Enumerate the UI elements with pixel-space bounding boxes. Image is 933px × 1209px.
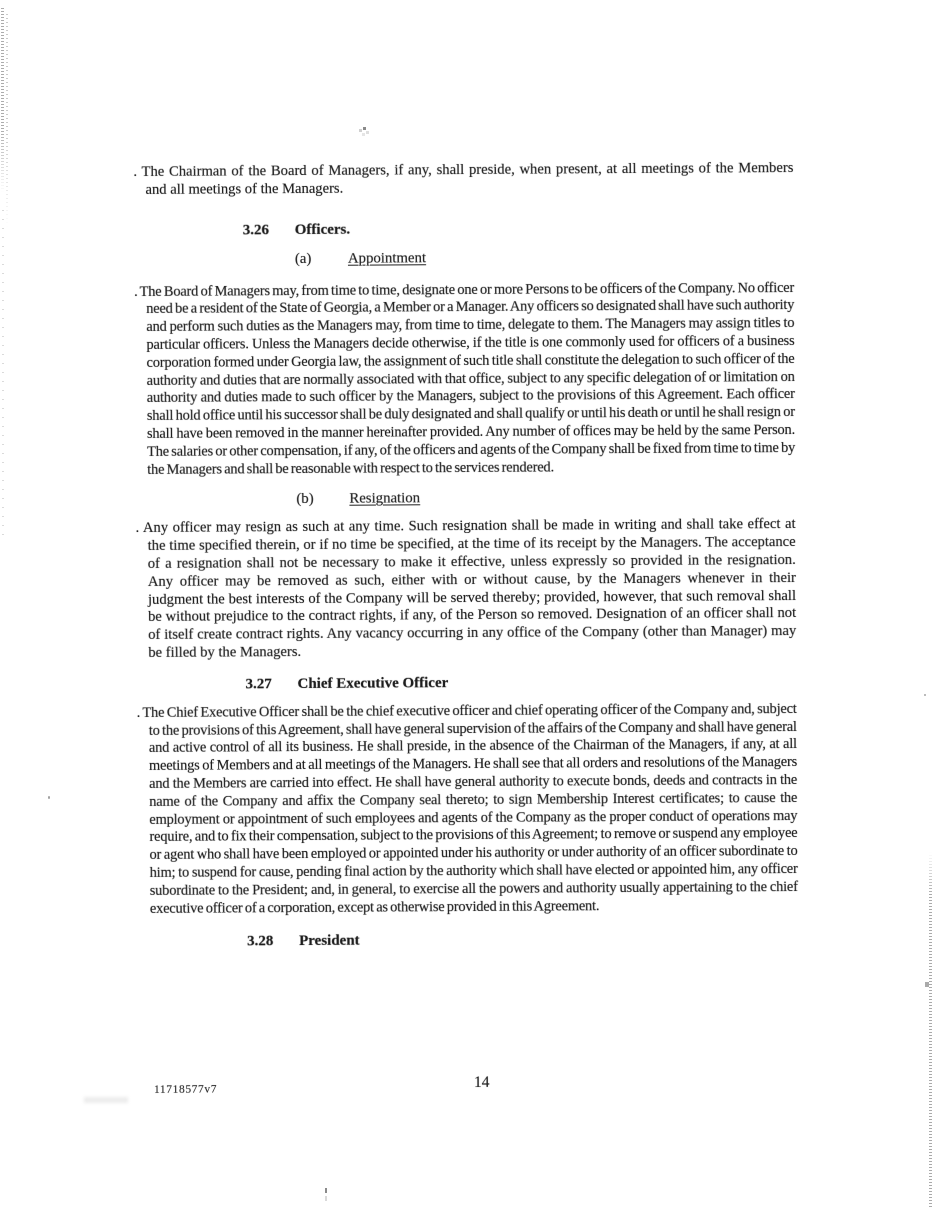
section-heading-3-26: 3.26Officers. — [243, 217, 931, 239]
footer-document-id: 11718577v7 — [154, 1084, 217, 1096]
section-title: Officers. — [295, 221, 350, 237]
subsection-heading-a: (a)Appointment — [295, 246, 931, 268]
section-number: 3.28 — [247, 932, 299, 950]
chief-executive-officer-paragraph: . The Chief Executive Officer shall be t… — [149, 701, 798, 919]
subsection-title-appointment: Appointment — [348, 250, 426, 266]
scan-cluster-right-edge — [925, 982, 929, 987]
appointment-paragraph: . The Board of Managers may, from time t… — [146, 280, 795, 480]
page-content: . The Chairman of the Board of Managers,… — [0, 0, 933, 952]
scan-dash-bottom-center — [325, 1188, 327, 1193]
section-title: President — [299, 933, 360, 949]
subsection-label: (b) — [296, 490, 349, 508]
subsection-label: (a) — [295, 249, 348, 267]
scan-smudge-bottom-left — [84, 1097, 128, 1103]
subsection-heading-b: (b)Resignation — [296, 487, 932, 509]
subsection-title-resignation: Resignation — [349, 491, 420, 507]
page-number: 14 — [474, 1074, 490, 1092]
section-heading-3-28: 3.28President — [247, 928, 933, 950]
section-number: 3.26 — [243, 221, 295, 239]
section-number: 3.27 — [245, 675, 297, 693]
resignation-paragraph: . Any officer may resign as such at any … — [148, 516, 797, 662]
section-heading-3-27: 3.27Chief Executive Officer — [245, 671, 933, 693]
scanned-document-page: . The Chairman of the Board of Managers,… — [0, 0, 933, 1209]
intro-paragraph: . The Chairman of the Board of Managers,… — [145, 160, 793, 200]
section-title: Chief Executive Officer — [297, 675, 448, 692]
